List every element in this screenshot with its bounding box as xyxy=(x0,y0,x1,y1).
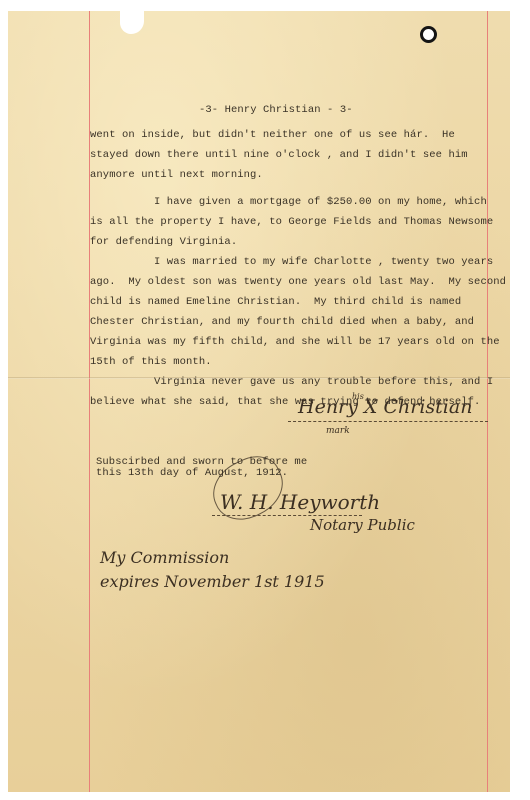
body-line: for defending Virginia. xyxy=(90,236,237,248)
body-line: anymore until next morning. xyxy=(90,169,263,181)
page-header: -3- Henry Christian - 3- xyxy=(199,104,353,116)
body-line: stayed down there until nine o'clock , a… xyxy=(90,149,468,161)
body-line: 15th of this month. xyxy=(90,356,212,368)
right-margin-line xyxy=(487,11,488,792)
body-line: Virginia was my fifth child, and she wil… xyxy=(90,336,500,348)
body-line: ago. My oldest son was twenty one years … xyxy=(90,276,506,288)
body-line: went on inside, but didn't neither one o… xyxy=(90,129,455,141)
commission-expiry-line: expires November 1st 1915 xyxy=(100,572,325,591)
body-line: child is named Emeline Christian. My thi… xyxy=(90,296,461,308)
torn-notch xyxy=(120,10,144,34)
body-line: Virginia never gave us any trouble befor… xyxy=(90,376,493,388)
notary-title: Notary Public xyxy=(310,516,415,534)
signature-henry-christian: Henry X Christian xyxy=(298,396,472,418)
signature-mark: mark xyxy=(326,426,350,436)
body-line: I have given a mortgage of $250.00 on my… xyxy=(90,196,487,208)
body-line: Chester Christian, and my fourth child d… xyxy=(90,316,474,328)
commission-line: My Commission xyxy=(100,548,229,567)
punch-hole-icon xyxy=(420,26,437,43)
notary-signature: W. H. Heyworth xyxy=(220,490,380,514)
body-line: I was married to my wife Charlotte , twe… xyxy=(90,256,493,268)
body-line: is all the property I have, to George Fi… xyxy=(90,216,493,228)
signature-line xyxy=(288,421,488,422)
